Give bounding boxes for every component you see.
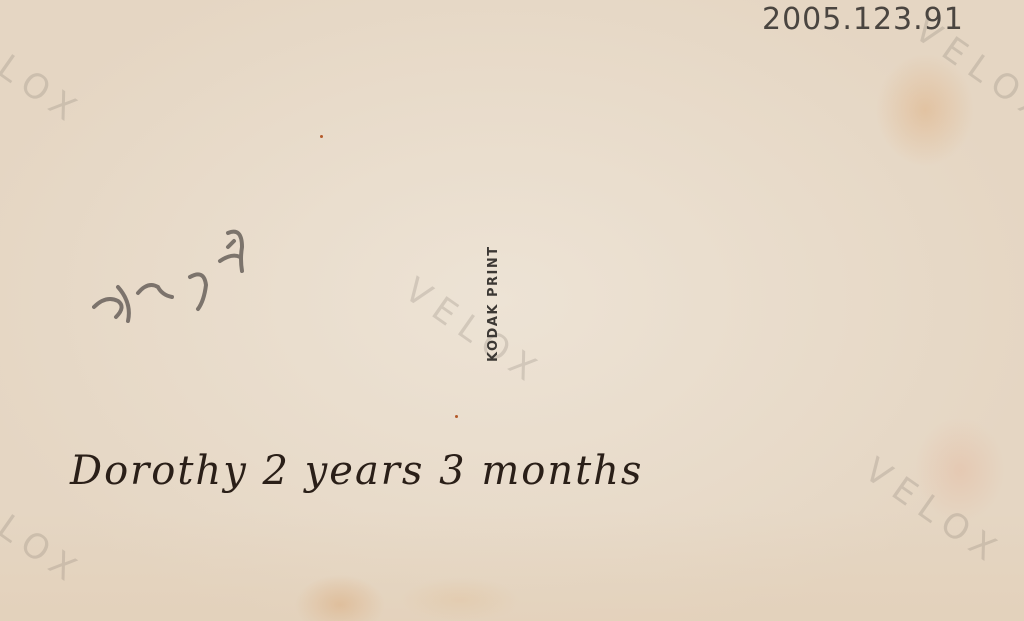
accession-number: 2005.123.91 [762, 2, 964, 37]
velox-watermark: VELOX [397, 270, 551, 395]
velox-watermark: VELOX [0, 10, 91, 135]
photo-back-card: VELOX VELOX VELOX VELOX VELOX 2005.123.9… [0, 0, 1024, 621]
kodak-print-stamp: KODAK PRINT [486, 245, 501, 362]
handwritten-inscription: Dorothy 2 years 3 months [70, 448, 643, 494]
paper-speck [455, 415, 458, 418]
pencil-note-icon [92, 225, 252, 325]
paper-speck [320, 135, 323, 138]
paper-shading [0, 511, 1024, 621]
